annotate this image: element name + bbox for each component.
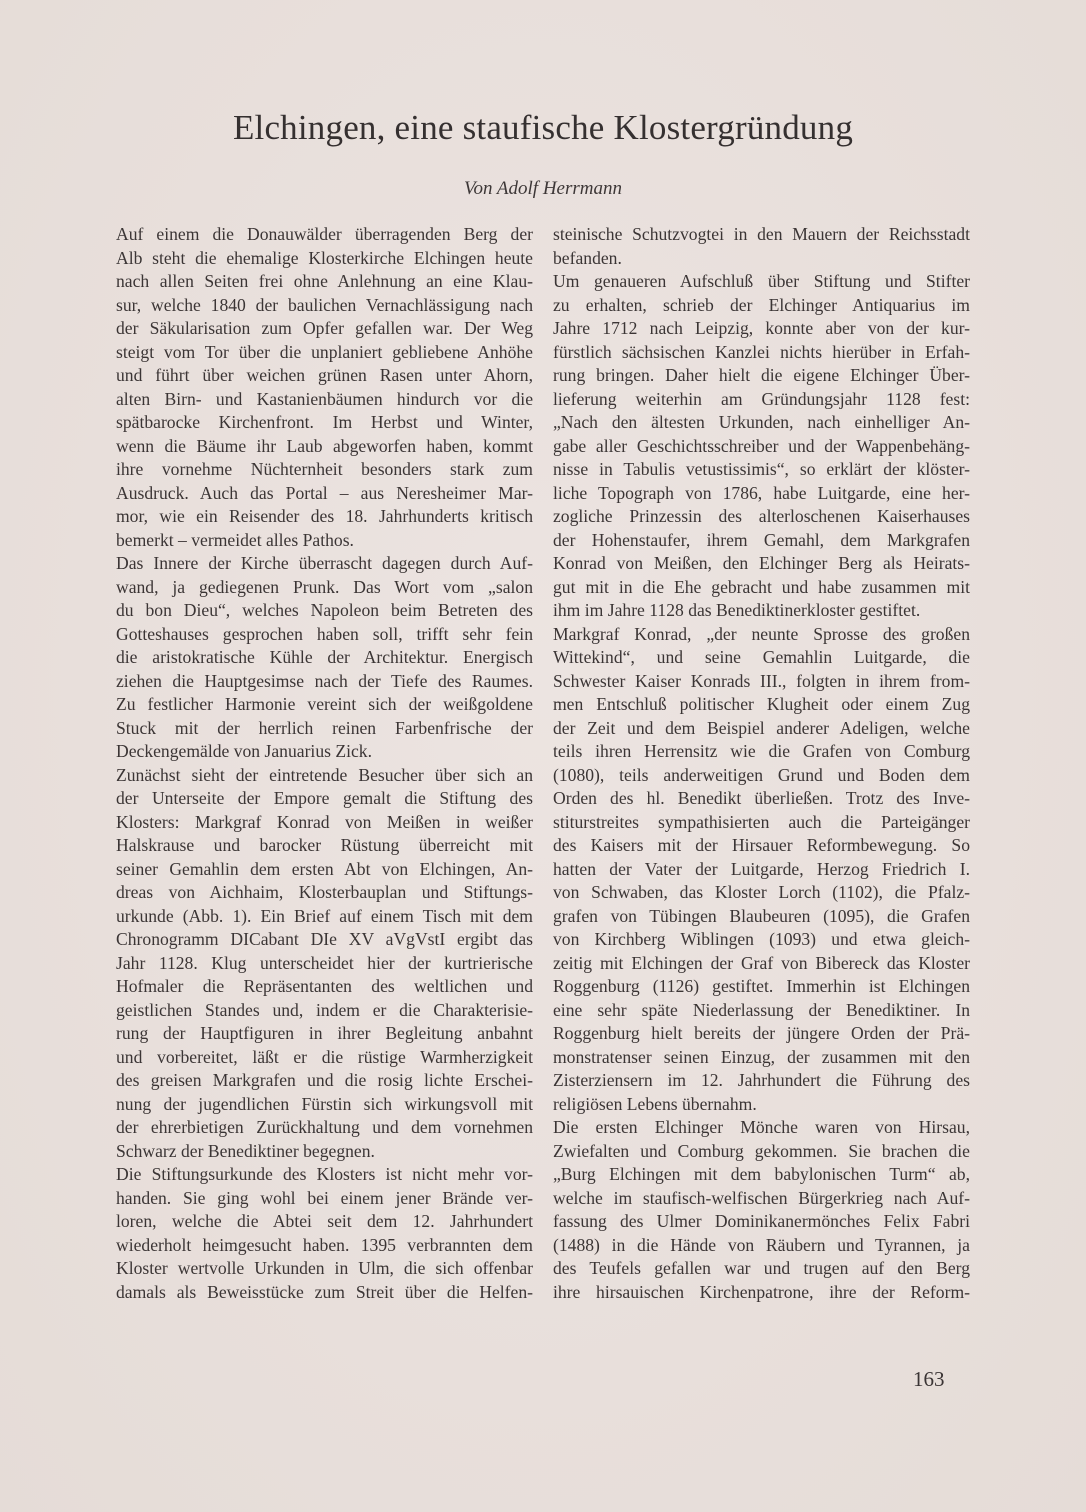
text-line: Ausdruck. Auch das Portal – aus Nereshei…	[116, 482, 533, 506]
text-line: die aristokratische Kühle der Architektu…	[116, 646, 533, 670]
text-line: gut mit in die Ehe gebracht und habe zus…	[553, 576, 970, 600]
text-line: ziehen die Hauptgesimse nach der Tiefe d…	[116, 670, 533, 694]
text-line: teils ihren Herrensitz wie die Grafen vo…	[553, 740, 970, 764]
text-line: (1488) in die Hände von Räubern und Tyra…	[553, 1234, 970, 1258]
text-line: Schwester Kaiser Konrads III., folgten i…	[553, 670, 970, 694]
text-line: wand, ja gediegenen Prunk. Das Wort vom …	[116, 576, 533, 600]
text-line: „Burg Elchingen mit dem babylonischen Tu…	[553, 1163, 970, 1187]
text-line: alten Birn- und Kastanienbäumen hindurch…	[116, 388, 533, 412]
page-number: 163	[913, 1367, 945, 1392]
text-line: des greisen Markgrafen und die rosig lic…	[116, 1069, 533, 1093]
text-line: Schwarz der Benediktiner begegnen.	[116, 1140, 533, 1164]
text-line: der Unterseite der Empore gemalt die Sti…	[116, 787, 533, 811]
text-line: befanden.	[553, 247, 970, 271]
text-line: spätbarocke Kirchenfront. Im Herbst und …	[116, 411, 533, 435]
text-line: mor, wie ein Reisender des 18. Jahrhunde…	[116, 505, 533, 529]
text-line: der Zeit und dem Beispiel anderer Adelig…	[553, 717, 970, 741]
text-line: Jahr 1128. Klug unterscheidet hier der k…	[116, 952, 533, 976]
text-line: Chronogramm DICabant DIe XV aVgVstI ergi…	[116, 928, 533, 952]
text-line: wenn die Bäume ihr Laub abgeworfen haben…	[116, 435, 533, 459]
text-line: von Kirchberg Wiblingen (1093) und etwa …	[553, 928, 970, 952]
text-line: bemerkt – vermeidet alles Pathos.	[116, 529, 533, 553]
text-line: (1080), teils anderweitigen Grund und Bo…	[553, 764, 970, 788]
text-line: Konrad von Meißen, den Elchinger Berg al…	[553, 552, 970, 576]
text-line: Alb steht die ehemalige Klosterkirche El…	[116, 247, 533, 271]
text-line: men Entschluß politischer Klugheit oder …	[553, 693, 970, 717]
text-line: dreas von Aichhaim, Klosterbauplan und S…	[116, 881, 533, 905]
text-line: grafen von Tübingen Blaubeuren (1095), d…	[553, 905, 970, 929]
text-line: Deckengemälde von Januarius Zick.	[116, 740, 533, 764]
text-line: seiner Gemahlin dem ersten Abt von Elchi…	[116, 858, 533, 882]
text-line: nisse in Tabulis vetustissimis“, so erkl…	[553, 458, 970, 482]
text-line: Zunächst sieht der eintretende Besucher …	[116, 764, 533, 788]
text-line: Markgraf Konrad, „der neunte Sprosse des…	[553, 623, 970, 647]
article-title: Elchingen, eine staufische Klostergründu…	[0, 108, 1086, 148]
text-line: „Nach den ältesten Urkunden, nach einhel…	[553, 411, 970, 435]
text-line: Hofmaler die Repräsentanten des weltlich…	[116, 975, 533, 999]
text-line: nung der jugendlichen Fürstin sich wirku…	[116, 1093, 533, 1117]
text-line: ihm im Jahre 1128 das Benediktinerkloste…	[553, 599, 970, 623]
text-line: steinische Schutzvogtei in den Mauern de…	[553, 223, 970, 247]
text-line: Zisterziensern im 12. Jahrhundert die Fü…	[553, 1069, 970, 1093]
text-line: Orden des hl. Benedikt überließen. Trotz…	[553, 787, 970, 811]
text-line: Stuck mit der herrlich reinen Farbenfris…	[116, 717, 533, 741]
text-line: und vorbereitet, läßt er die rüstige War…	[116, 1046, 533, 1070]
text-line: fassung des Ulmer Dominikanermönches Fel…	[553, 1210, 970, 1234]
text-line: Klosters: Markgraf Konrad von Meißen in …	[116, 811, 533, 835]
text-line: loren, welche die Abtei seit dem 12. Jah…	[116, 1210, 533, 1234]
text-line: rung bringen. Daher hielt die eigene Elc…	[553, 364, 970, 388]
text-line: zogliche Prinzessin des alterloschenen K…	[553, 505, 970, 529]
author-byline: Von Adolf Herrmann	[0, 178, 1086, 200]
text-line: geistlichen Standes und, indem er die Ch…	[116, 999, 533, 1023]
text-line: damals als Beweisstücke zum Streit über …	[116, 1281, 533, 1305]
text-line: urkunde (Abb. 1). Ein Brief auf einem Ti…	[116, 905, 533, 929]
text-line: ihre hirsauischen Kirchenpatrone, ihre d…	[553, 1281, 970, 1305]
text-line: gabe aller Geschichtsschreiber und der W…	[553, 435, 970, 459]
text-line: fürstlich sächsischen Kanzlei nichts hie…	[553, 341, 970, 365]
text-line: Zu festlicher Harmonie vereint sich der …	[116, 693, 533, 717]
text-line: des Kaisers mit der Hirsauer Reformbeweg…	[553, 834, 970, 858]
text-line: wiederholt heimgesucht haben. 1395 verbr…	[116, 1234, 533, 1258]
text-line: Jahre 1712 nach Leipzig, konnte aber von…	[553, 317, 970, 341]
text-line: religiösen Lebens übernahm.	[553, 1093, 970, 1117]
text-line: monstratenser seinen Einzug, der zusamme…	[553, 1046, 970, 1070]
text-line: eine sehr späte Niederlassung der Benedi…	[553, 999, 970, 1023]
text-line: stiturstreites sympathisierten auch die …	[553, 811, 970, 835]
text-line: der Säkularisation zum Opfer gefallen wa…	[116, 317, 533, 341]
text-line: Das Innere der Kirche überrascht dagegen…	[116, 552, 533, 576]
text-line: liche Topograph von 1786, habe Luitgarde…	[553, 482, 970, 506]
text-line: Wittekind“, und seine Gemahlin Luitgarde…	[553, 646, 970, 670]
text-line: hatten der Vater der Luitgarde, Herzog F…	[553, 858, 970, 882]
text-line: Auf einem die Donauwälder überragenden B…	[116, 223, 533, 247]
right-text-column: steinische Schutzvogtei in den Mauern de…	[553, 223, 970, 1304]
text-line: Kloster wertvolle Urkunden in Ulm, die s…	[116, 1257, 533, 1281]
text-line: rung der Hauptfiguren in ihrer Begleitun…	[116, 1022, 533, 1046]
text-line: lieferung weiterhin am Gründungsjahr 112…	[553, 388, 970, 412]
text-line: nach allen Seiten frei ohne Anlehnung an…	[116, 270, 533, 294]
text-line: und führt über weichen grünen Rasen unte…	[116, 364, 533, 388]
text-line: du bon Dieu“, welches Napoleon beim Betr…	[116, 599, 533, 623]
text-line: Roggenburg hielt bereits der jüngere Ord…	[553, 1022, 970, 1046]
text-line: Zwiefalten und Comburg gekommen. Sie bra…	[553, 1140, 970, 1164]
text-line: der Hohenstaufer, ihrem Gemahl, dem Mark…	[553, 529, 970, 553]
text-line: sur, welche 1840 der baulichen Vernachlä…	[116, 294, 533, 318]
text-line: zeitig mit Elchingen der Graf von Bibere…	[553, 952, 970, 976]
text-line: Um genaueren Aufschluß über Stiftung und…	[553, 270, 970, 294]
text-line: handen. Sie ging wohl bei einem jener Br…	[116, 1187, 533, 1211]
text-line: welche im staufisch-welfischen Bürgerkri…	[553, 1187, 970, 1211]
text-line: der ehrerbietigen Zurückhaltung und dem …	[116, 1116, 533, 1140]
book-page: Elchingen, eine staufische Klostergründu…	[0, 0, 1086, 1512]
text-line: Die ersten Elchinger Mönche waren von Hi…	[553, 1116, 970, 1140]
text-line: steigt vom Tor über die unplaniert gebli…	[116, 341, 533, 365]
text-line: zu erhalten, schrieb der Elchinger Antiq…	[553, 294, 970, 318]
text-line: des Teufels gefallen war und trugen auf …	[553, 1257, 970, 1281]
text-line: Gotteshauses gesprochen haben soll, trif…	[116, 623, 533, 647]
text-line: Roggenburg (1126) gestiftet. Immerhin is…	[553, 975, 970, 999]
left-text-column: Auf einem die Donauwälder überragenden B…	[116, 223, 533, 1304]
text-line: Die Stiftungsurkunde des Klosters ist ni…	[116, 1163, 533, 1187]
text-line: Halskrause und barocker Rüstung überreic…	[116, 834, 533, 858]
text-line: ihre vornehme Nüchternheit besonders sta…	[116, 458, 533, 482]
text-line: von Schwaben, das Kloster Lorch (1102), …	[553, 881, 970, 905]
